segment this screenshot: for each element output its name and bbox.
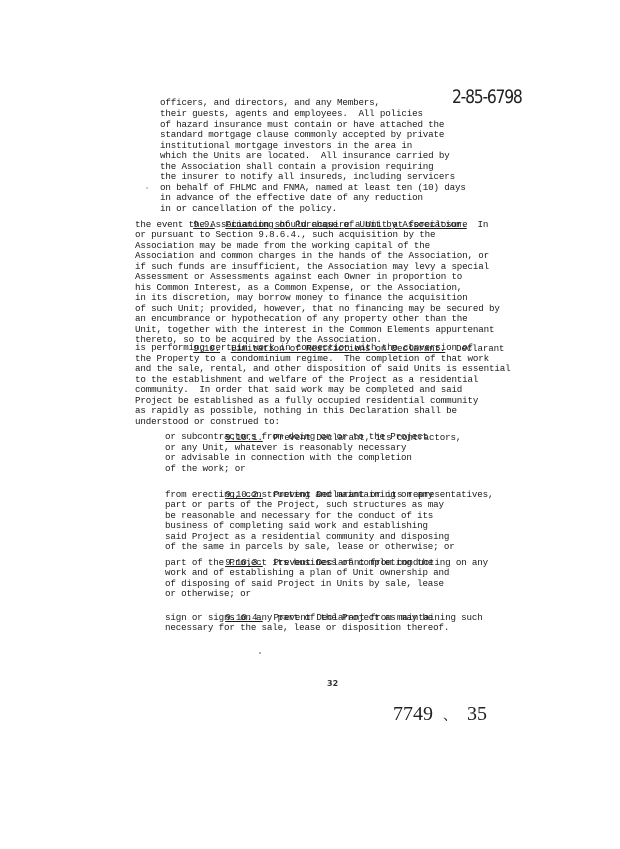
book-page-reference: 7749、35 bbox=[393, 703, 487, 726]
text-line: or advisable in connection with the comp… bbox=[165, 452, 412, 463]
text-line: their guests, agents and employees. All … bbox=[160, 108, 423, 119]
text-line: which the Units are located. All insuran… bbox=[160, 150, 450, 161]
text-line: work and of establishing a plan of Unit … bbox=[165, 567, 449, 578]
text-line: in advance of the effective date of any … bbox=[160, 192, 423, 203]
text-line: necessary for the sale, lease or disposi… bbox=[165, 622, 449, 633]
document-page: 2-85-6798 officers, and directors, and a… bbox=[0, 0, 620, 849]
text-line: community. In order that said work may b… bbox=[135, 384, 462, 395]
text-line: an encumbrance or hypothecation of any p… bbox=[135, 313, 468, 324]
text-line: standard mortgage clause commonly accept… bbox=[160, 129, 444, 140]
text-line: the insurer to notify all insureds, incl… bbox=[160, 171, 455, 182]
book-ref-separator: 、 bbox=[443, 709, 457, 724]
scan-speck bbox=[146, 187, 148, 189]
text-line: or pursuant to Section 9.8.6.4., such ac… bbox=[135, 229, 435, 240]
text-line: as rapidly as possible, nothing in this … bbox=[135, 405, 457, 416]
text-line: of the work; or bbox=[165, 463, 245, 474]
text-line: or otherwise; or bbox=[165, 588, 251, 599]
text-line: business of completing said work and est… bbox=[165, 520, 428, 531]
text-fragment: In bbox=[467, 219, 488, 230]
text-line: in its discretion, may borrow money to f… bbox=[135, 292, 468, 303]
text-line: Association and common charges in the ha… bbox=[135, 250, 489, 261]
text-line: or subcontractors from doing on or to th… bbox=[165, 431, 428, 442]
text-line: officers, and directors, and any Members… bbox=[160, 97, 380, 108]
book-page: 35 bbox=[467, 703, 487, 725]
text-line: part or parts of the Project, such struc… bbox=[165, 499, 444, 510]
text-line: and the sale, rental, and other disposit… bbox=[135, 363, 510, 374]
page-number: 32 bbox=[327, 679, 338, 688]
scan-speck bbox=[259, 652, 261, 654]
text-line: Assessment or Assessments against each O… bbox=[135, 271, 462, 282]
document-stamp-number: 2-85-6798 bbox=[452, 86, 522, 108]
text-line: is performing certain work in connection… bbox=[135, 342, 473, 353]
book-number: 7749 bbox=[393, 703, 433, 725]
